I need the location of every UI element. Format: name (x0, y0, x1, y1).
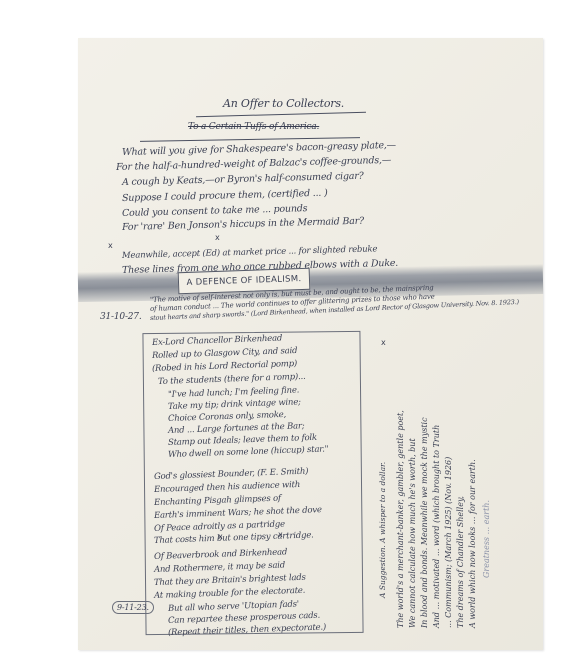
margin-note-line: A world which now looks ... for our eart… (468, 459, 477, 628)
margin-note-line: The world's a merchant-banker, gambler, … (396, 410, 405, 628)
date-left: 31-10-27. (100, 312, 142, 322)
date-bottom: 9-11-23. (112, 601, 154, 614)
margin-note-line: We cannot calculate how much he's worth,… (408, 438, 417, 628)
x-mark: x (381, 338, 386, 347)
x-mark: x (278, 530, 283, 539)
struck-subtitle: To a Certain Tuffs of America. (188, 122, 319, 132)
margin-note-line: In blood and bonds. Meanwhile we mock th… (420, 417, 429, 628)
poem-one-line: Suppose I could procure them, (certified… (122, 188, 328, 204)
manuscript-page: An Offer to Collectors. To a Certain Tuf… (78, 38, 543, 650)
margin-note-line: And ... motivated ... word (which brough… (432, 425, 441, 628)
x-mark: x (215, 233, 220, 242)
poem-one-line: Could you consent to take me ... pounds (122, 203, 308, 219)
x-mark: x (108, 241, 113, 250)
margin-note-line: ... Communism; (March 1925) (Nov. 1926) (444, 457, 453, 628)
poem-one-line: A cough by Keats,—or Byron's half-consum… (122, 171, 364, 188)
margin-note-heading: A Suggestion. A whisper to a dollar. (378, 462, 387, 598)
margin-note-faint: Greatness ... earth. (482, 500, 491, 578)
poem-title: An Offer to Collectors. (223, 97, 344, 110)
margin-note-line: The dreams of Chandler Shelley, (456, 496, 465, 628)
poem-one-line: For 'rare' Ben Jonson's hiccups in the M… (122, 216, 364, 233)
title-underline (196, 112, 366, 117)
x-mark: x (218, 532, 223, 541)
